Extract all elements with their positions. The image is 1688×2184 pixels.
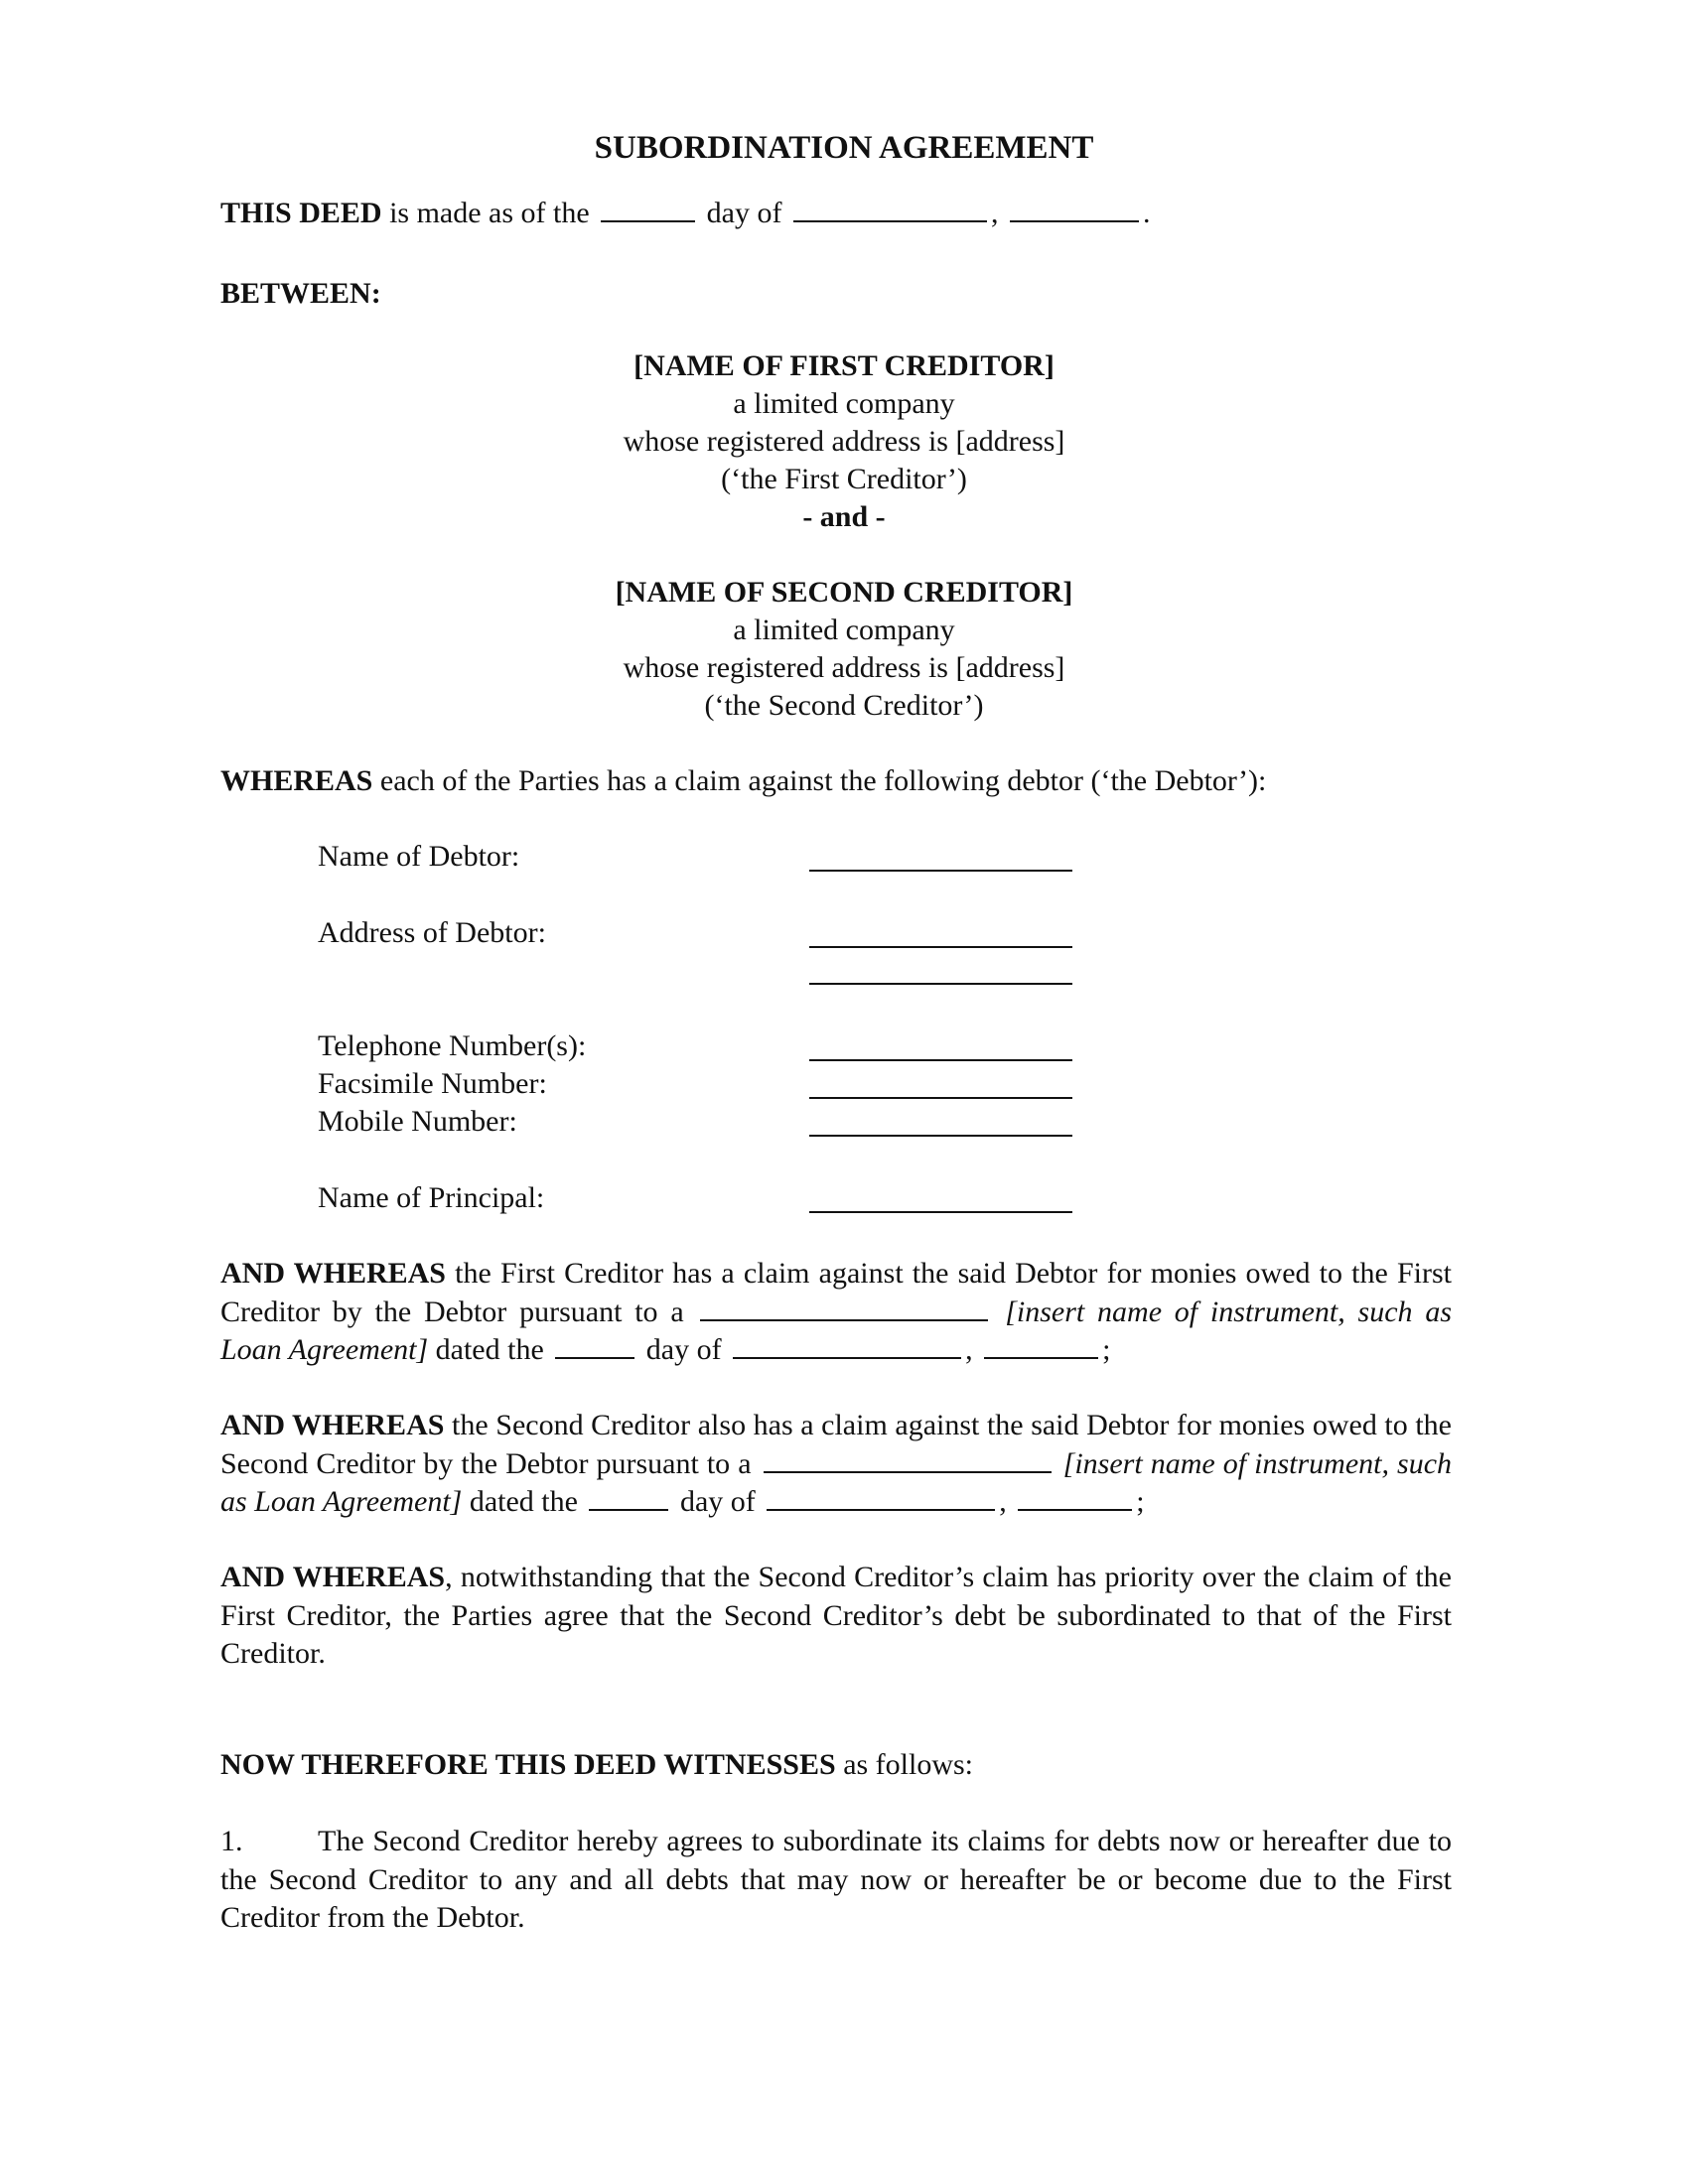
recital-subordination: AND WHEREAS, notwithstanding that the Se…: [220, 1559, 1452, 1674]
recital-first-creditor: AND WHEREAS the First Creditor has a cla…: [220, 1255, 1452, 1370]
facsimile-field[interactable]: [809, 1097, 1072, 1099]
day-blank-2[interactable]: [589, 1483, 668, 1511]
party2-address: whose registered address is [address]: [0, 649, 1688, 687]
party1-name: [NAME OF FIRST CREDITOR]: [0, 347, 1688, 385]
recital-second-creditor: AND WHEREAS the Second Creditor also has…: [220, 1407, 1452, 1522]
clause-1: 1.The Second Creditor hereby agrees to s…: [220, 1823, 1452, 1938]
clause-number: 1.: [220, 1823, 318, 1861]
instrument-blank-2[interactable]: [764, 1445, 1052, 1473]
witnesses-heading: NOW THEREFORE THIS DEED WITNESSES as fol…: [220, 1746, 973, 1784]
deed-line: THIS DEED is made as of the day of , .: [220, 195, 1150, 232]
debtor-address-field-1[interactable]: [809, 946, 1072, 948]
deed-text: is made as of the: [382, 197, 598, 229]
day-blank-1[interactable]: [555, 1331, 634, 1359]
party1-address: whose registered address is [address]: [0, 423, 1688, 461]
telephone-field[interactable]: [809, 1059, 1072, 1061]
telephone-label: Telephone Number(s):: [318, 1027, 586, 1065]
party1-type: a limited company: [0, 385, 1688, 423]
end: .: [1143, 197, 1151, 229]
principal-label: Name of Principal:: [318, 1179, 544, 1217]
debtor-address-field-2[interactable]: [809, 983, 1072, 985]
year-blank[interactable]: [1010, 195, 1139, 222]
debtor-address-label: Address of Debtor:: [318, 914, 546, 952]
deed-text: day of: [699, 197, 789, 229]
between-label: BETWEEN:: [220, 275, 381, 313]
whereas-line: WHEREAS each of the Parties has a claim …: [220, 762, 1266, 800]
whereas-text: each of the Parties has a claim against …: [372, 764, 1266, 797]
deed-lead: THIS DEED: [220, 197, 382, 229]
year-blank-2[interactable]: [1018, 1483, 1132, 1511]
debtor-name-field[interactable]: [809, 870, 1072, 872]
mobile-field[interactable]: [809, 1135, 1072, 1137]
and-separator: - and -: [0, 498, 1688, 536]
year-blank-1[interactable]: [984, 1331, 1098, 1359]
month-blank[interactable]: [793, 195, 987, 222]
party2-type: a limited company: [0, 612, 1688, 649]
facsimile-label: Facsimile Number:: [318, 1065, 547, 1103]
clause-text: The Second Creditor hereby agrees to sub…: [220, 1825, 1452, 1934]
document-title: SUBORDINATION AGREEMENT: [0, 129, 1688, 167]
whereas-lead: WHEREAS: [220, 764, 372, 797]
party1-alias: (‘the First Creditor’): [0, 461, 1688, 498]
sep: ,: [991, 197, 1006, 229]
debtor-name-label: Name of Debtor:: [318, 838, 519, 876]
month-blank-1[interactable]: [733, 1331, 961, 1359]
mobile-label: Mobile Number:: [318, 1103, 517, 1141]
instrument-blank-1[interactable]: [700, 1294, 988, 1321]
principal-field[interactable]: [809, 1211, 1072, 1213]
party2-name: [NAME OF SECOND CREDITOR]: [0, 574, 1688, 612]
day-blank[interactable]: [601, 195, 695, 222]
party2-alias: (‘the Second Creditor’): [0, 687, 1688, 725]
month-blank-2[interactable]: [767, 1483, 995, 1511]
